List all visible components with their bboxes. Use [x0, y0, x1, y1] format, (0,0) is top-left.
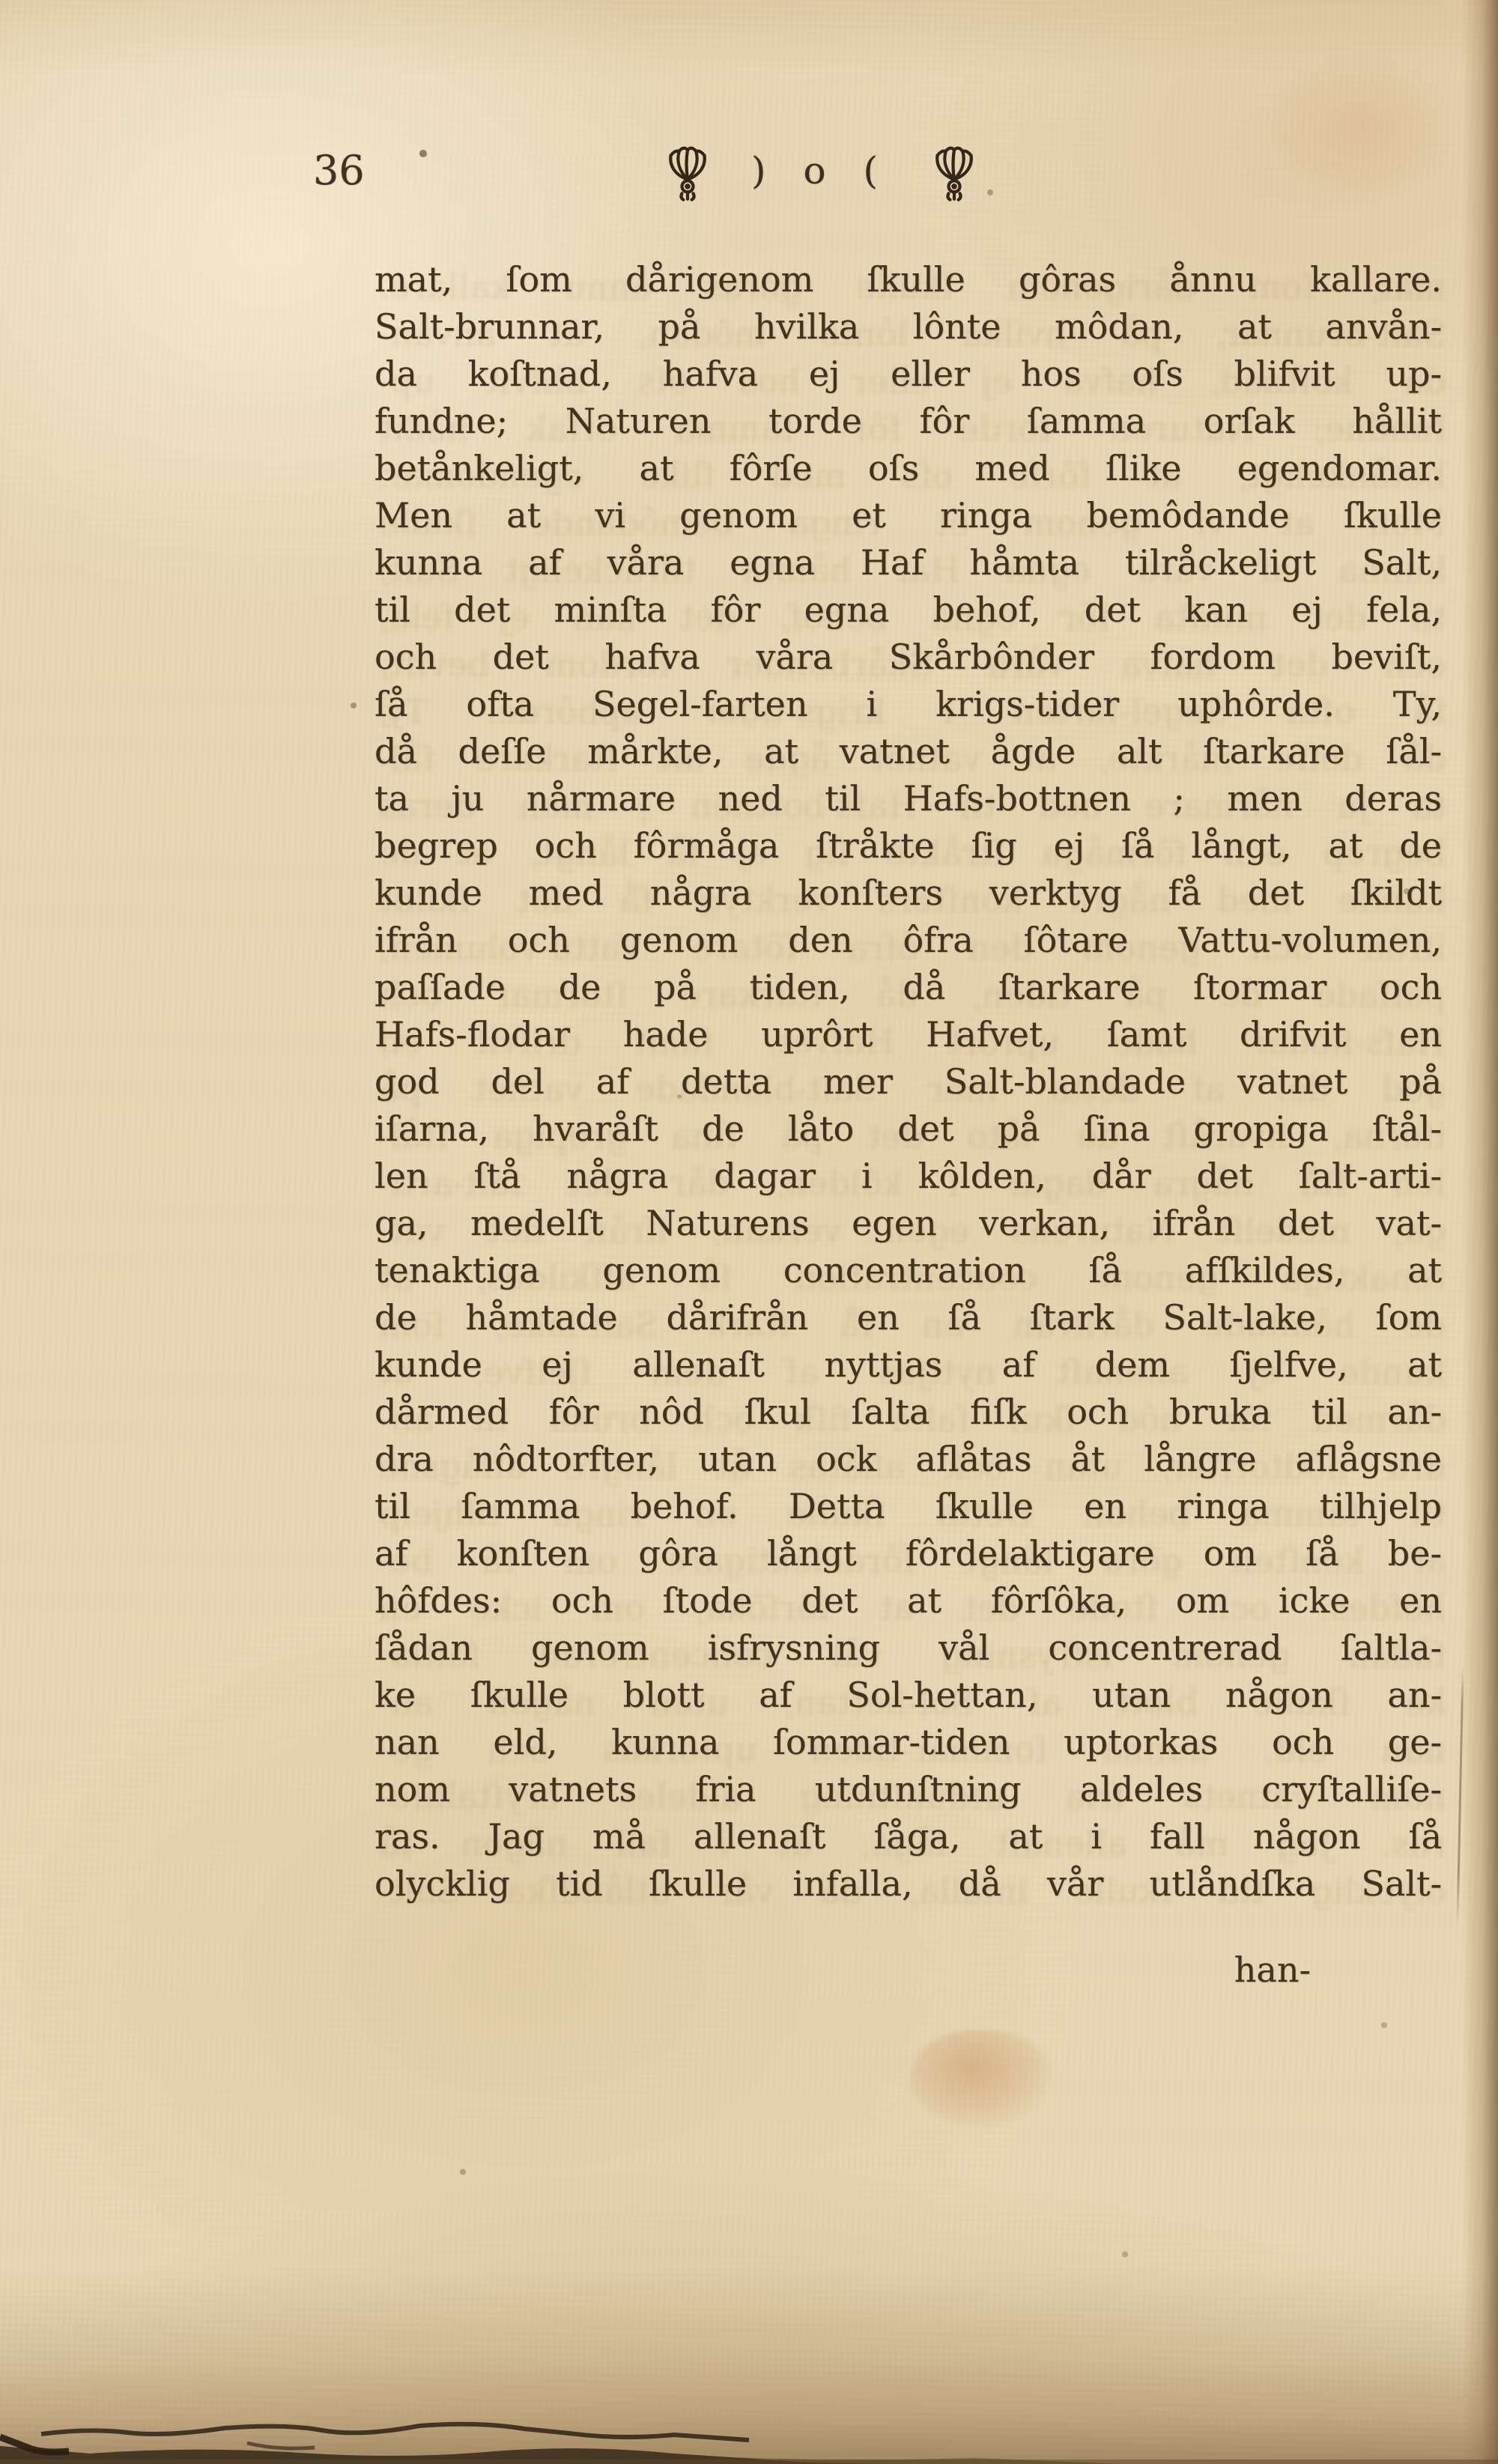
text-line: iſarna, hvaråſt de låto det på ſina grop… — [374, 1105, 1442, 1153]
bottom-edge-cracks — [0, 2410, 1498, 2464]
text-line: ga, medelſt Naturens egen verkan, ifrån … — [374, 1200, 1442, 1247]
text-line: ſå ofta Segel-farten i krigs-tider uphôr… — [374, 681, 1442, 728]
text-line: da koſtnad, hafva ej eller hos oſs blifv… — [374, 351, 1442, 398]
catchword-row: han- — [374, 1946, 1442, 1994]
text-line: til det minſta fôr egna behof, det kan e… — [374, 586, 1442, 634]
text-line: len ſtå några dagar i kôlden, dår det ſa… — [374, 1153, 1442, 1200]
text-line: kunna af våra egna Haf håmta tilråckelig… — [374, 539, 1442, 586]
text-line: då deſſe mårkte, at vatnet ågde alt ſtar… — [374, 728, 1442, 775]
text-line: paſſade de på tiden, då ſtarkare ſtormar… — [374, 964, 1442, 1011]
text-line: kunde ej allenaſt nyttjas af dem ſjelfve… — [374, 1341, 1442, 1389]
text-line: ifrån och genom den ôfra ſôtare Vattu-vo… — [374, 917, 1442, 964]
text-line: ſådan genom isfrysning vål concentrerad … — [374, 1624, 1442, 1672]
paper-stain — [1266, 52, 1461, 202]
page-header-ornament: ) o ( — [665, 136, 977, 211]
shell-ornament-icon — [665, 143, 710, 204]
text-line: mat, ſom dårigenom ſkulle gôras ånnu kal… — [374, 256, 1442, 303]
text-line: betånkeligt, at fôrſe oſs med ſlike egen… — [374, 445, 1442, 492]
text-line: nan eld, kunna ſommar-tiden uptorkas och… — [374, 1719, 1442, 1766]
text-line: af konſten gôra långt fôrdelaktigare om … — [374, 1530, 1442, 1577]
text-line: begrep och fôrmåga ſtråkte ſig ej ſå lån… — [374, 822, 1442, 870]
text-line: nom vatnets fria utdunſtning aldeles cry… — [374, 1766, 1442, 1813]
text-line: god del af detta mer Salt-blandade vatne… — [374, 1058, 1442, 1105]
text-line: dra nôdtorfter, utan ock aflåtas åt lång… — [374, 1436, 1442, 1483]
catchword: han- — [1234, 1949, 1311, 1990]
text-line: fundne; Naturen torde fôr ſamma orſak hå… — [374, 398, 1442, 445]
text-line: kunde med några konſters verktyg få det … — [374, 870, 1442, 917]
body-text: mat, ſom dårigenom ſkulle gôras ånnu kal… — [374, 256, 1442, 1994]
text-line: de håmtade dårifrån en ſå ſtark Salt-lak… — [374, 1294, 1442, 1341]
shell-ornament-icon — [932, 143, 977, 204]
text-line: hôfdes: och ſtode det at fôrſôka, om ick… — [374, 1577, 1442, 1624]
text-line: olycklig tid ſkulle infalla, då vår utlå… — [374, 1860, 1442, 1908]
paper-stain — [910, 2030, 1052, 2127]
text-line: Men at vi genom et ringa bemôdande ſkull… — [374, 492, 1442, 539]
text-line: ta ju nårmare ned til Hafs-bottnen ; men… — [374, 775, 1442, 822]
text-line: och det hafva våra Skårbônder fordom bev… — [374, 634, 1442, 681]
text-line: ke ſkulle blott af Sol-hettan, utan någo… — [374, 1672, 1442, 1719]
page-edge-shadow-right — [1462, 0, 1498, 2464]
text-line: dårmed fôr nôd ſkul ſalta fiſk och bruka… — [374, 1389, 1442, 1436]
page-number: 36 — [313, 147, 365, 194]
text-line: tenaktiga genom concentration ſå afſkild… — [374, 1247, 1442, 1294]
section-divider-mark: ) o ( — [751, 149, 891, 192]
text-line: Salt-brunnar, på hvilka lônte môdan, at … — [374, 303, 1442, 351]
book-page-scan: 36 ) o ( — [0, 0, 1498, 2464]
text-line: til ſamma behof. Detta ſkulle en ringa t… — [374, 1483, 1442, 1530]
text-line: Hafs-flodar hade uprôrt Hafvet, ſamt dri… — [374, 1011, 1442, 1058]
text-line: ras. Jag må allenaſt ſåga, at i fall någ… — [374, 1813, 1442, 1860]
ink-specks — [0, 0, 3, 3]
